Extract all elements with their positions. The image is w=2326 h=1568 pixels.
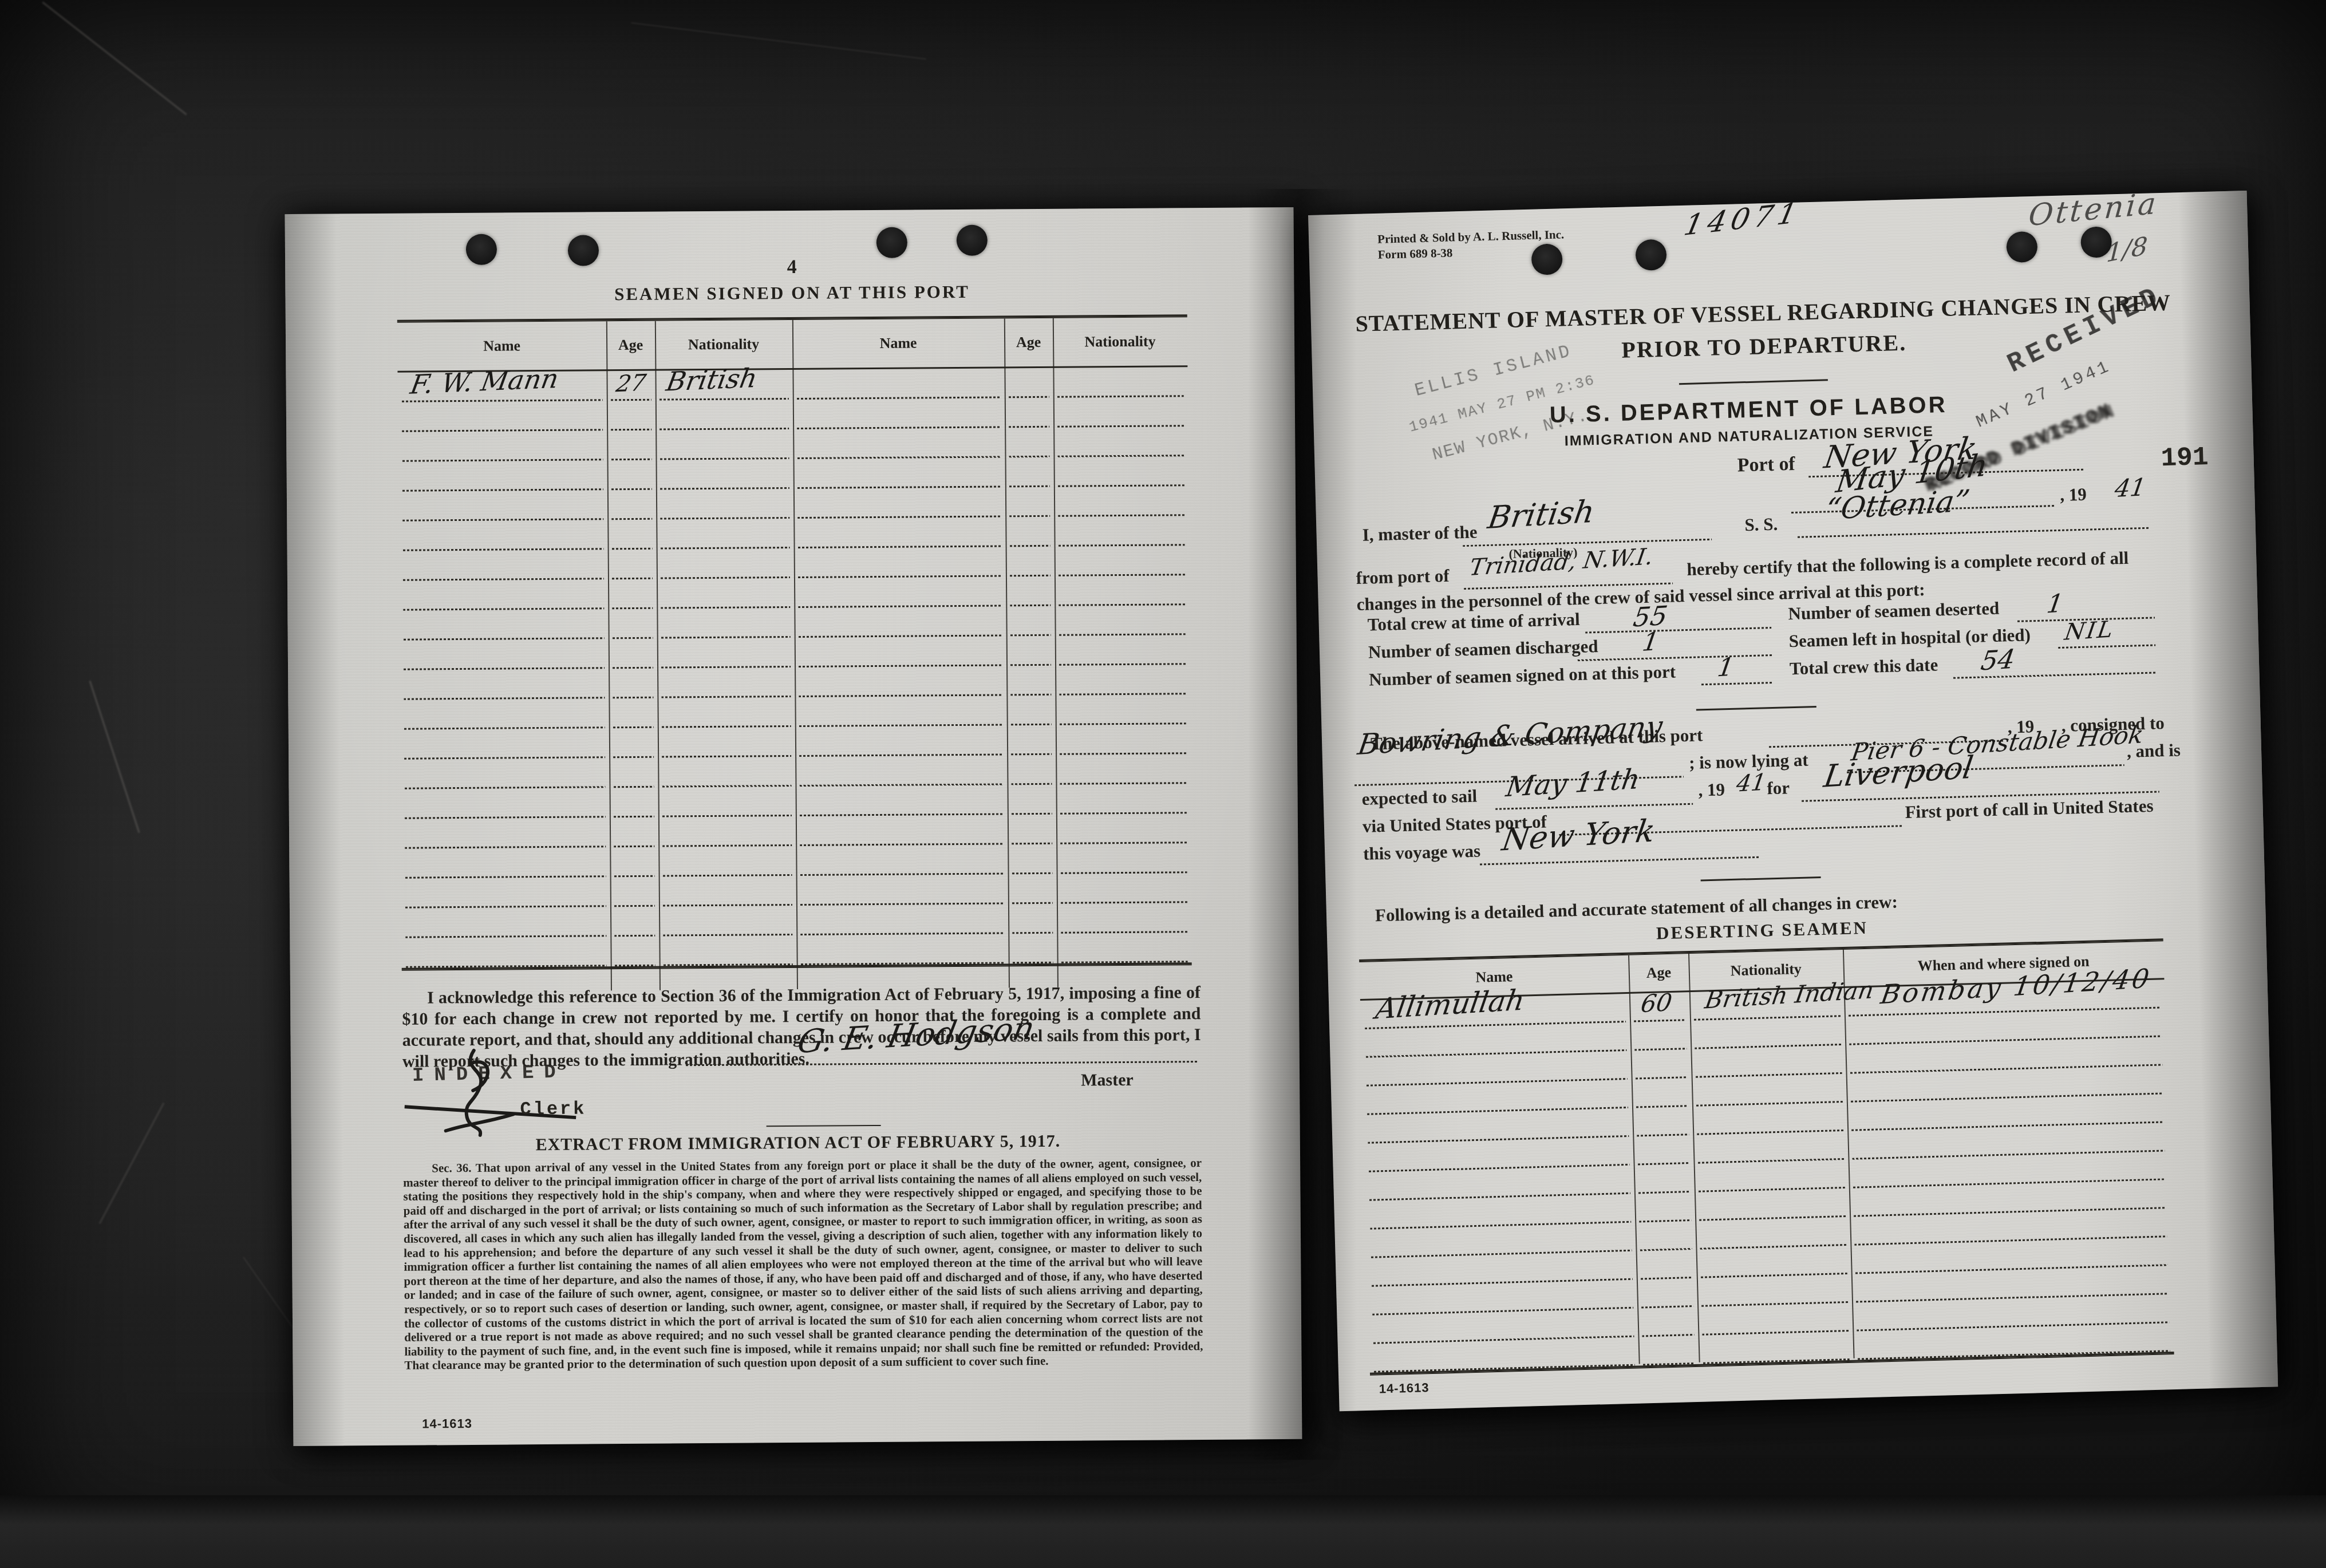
- table-cell: [1008, 904, 1057, 934]
- table-cell: [1005, 487, 1054, 518]
- table-cell: [793, 398, 1005, 429]
- column-header: Age: [1628, 954, 1689, 992]
- table-cell: [1057, 873, 1191, 904]
- form-number: 14-1613: [1379, 1380, 1429, 1396]
- handwritten-seaman-age: 27: [614, 370, 648, 397]
- table-cell: [400, 669, 609, 700]
- table-cell: [1056, 813, 1191, 844]
- handwritten-seaman-nationality: British: [664, 362, 760, 397]
- section-divider: [1701, 876, 1821, 881]
- table-cell: [401, 817, 610, 849]
- table-cell: [1055, 635, 1190, 666]
- table-cell: [1053, 397, 1188, 428]
- table-cell: [1056, 754, 1190, 785]
- column-header: Nationality: [655, 320, 793, 369]
- table-cell: [656, 519, 793, 550]
- right-page: Printed & Sold by A. L. Russell, Inc. Fo…: [1308, 191, 2278, 1411]
- blank-rows: [1361, 1008, 2174, 1373]
- table-cell: [1055, 605, 1189, 636]
- sail-date-blank: [1495, 803, 1693, 810]
- certify-text: hereby certify that the following is a c…: [1687, 548, 2129, 580]
- field-label: Number of seamen discharged: [1368, 636, 1598, 662]
- table-cell: [796, 815, 1008, 846]
- table-cell: [1055, 665, 1190, 696]
- table-cell: [1054, 456, 1188, 487]
- penciled-note: 1/8: [2106, 231, 2149, 268]
- table-cell: [1637, 1307, 1698, 1337]
- table-cell: [610, 877, 659, 907]
- field-blank: [1701, 682, 1773, 685]
- table-cell: [659, 906, 796, 937]
- table-cell: [1054, 516, 1188, 547]
- table-cell: [399, 609, 608, 641]
- table-cell: [658, 727, 795, 758]
- table-cell: [609, 728, 658, 759]
- table-cell: [658, 757, 795, 788]
- left-page-title: SEAMEN SIGNED ON AT THIS PORT: [397, 280, 1187, 306]
- table-cell: [1055, 546, 1189, 576]
- table-cell: [1005, 398, 1053, 428]
- handwritten-field-value: NIL: [2063, 616, 2116, 645]
- handwritten-year: 41: [2113, 473, 2148, 503]
- table-cell: [1697, 1303, 1853, 1336]
- table-cell: [656, 489, 793, 520]
- table-cell: [399, 579, 608, 611]
- field-blank: [1585, 627, 1771, 634]
- column-header: Age: [606, 321, 655, 370]
- punch-hole: [876, 227, 907, 258]
- handwritten-field-value: 1: [2045, 589, 2066, 619]
- table-cell: [1057, 903, 1191, 934]
- table-cell: [795, 755, 1007, 787]
- table-cell: [400, 698, 609, 730]
- table-cell: [610, 847, 658, 878]
- table-cell: [796, 785, 1008, 816]
- and-is-label: , and is: [2127, 740, 2181, 761]
- right-page-edge-shadow: [2178, 191, 2278, 1388]
- table-cell: [1006, 576, 1055, 607]
- vessel-blank-line: [1798, 527, 2150, 538]
- table-cell: [658, 846, 796, 877]
- page-number: 4: [397, 254, 1187, 281]
- table-cell: [607, 401, 655, 431]
- table-cell: [1057, 933, 1191, 963]
- table-cell: [1008, 844, 1056, 875]
- table-cell: [794, 576, 1006, 608]
- table-cell: [399, 550, 608, 581]
- table-cell: [796, 874, 1008, 906]
- table-cell: [607, 520, 656, 550]
- table-cell: [1007, 755, 1056, 785]
- date-printed-19: , 19: [2060, 484, 2087, 505]
- table-cell: [609, 698, 657, 729]
- table-cell: [607, 460, 656, 491]
- table-cell: [398, 460, 607, 492]
- scanned-document-photo: 4 SEAMEN SIGNED ON AT THIS PORT Name Age…: [0, 0, 2326, 1568]
- table-cell: [1005, 457, 1054, 488]
- table-cell: [656, 459, 793, 490]
- table-cell: [1632, 1078, 1692, 1108]
- table-cell: [1056, 843, 1191, 874]
- extract-title: EXTRACT FROM IMMIGRATION ACT OF FEBRUARY…: [403, 1131, 1193, 1156]
- column-header: Name: [397, 321, 607, 371]
- table-cell: [658, 787, 796, 817]
- background-bottom-band: [0, 1495, 2326, 1568]
- clerk-signature: [434, 1045, 520, 1140]
- title-divider: [1679, 379, 1828, 385]
- left-page-edge-shadow: [285, 214, 345, 1447]
- handwritten-field-value: 54: [1979, 643, 2017, 677]
- table-cell: [1055, 694, 1190, 725]
- table-cell: [792, 368, 1004, 400]
- table-cell: [608, 609, 657, 639]
- background-scratch: [89, 680, 140, 834]
- table-cell: [1630, 1049, 1691, 1080]
- table-cell: [1005, 517, 1054, 547]
- punch-hole: [1635, 239, 1666, 271]
- table-cell: [795, 696, 1006, 727]
- table-cell: [795, 666, 1006, 697]
- table-cell: [1055, 575, 1189, 606]
- handwritten-seaman-name: F. W. Mann: [408, 363, 561, 400]
- section-36-paragraph: Sec. 36. That upon arrival of any vessel…: [403, 1156, 1203, 1373]
- table-cell: [1056, 724, 1190, 755]
- nationality-blank-line: [1463, 539, 1712, 547]
- table-cell: [658, 816, 796, 847]
- ss-label: S. S.: [1744, 514, 1778, 535]
- table-cell: [400, 758, 609, 789]
- penciled-vessel-name: Ottenia: [2027, 187, 2159, 234]
- table-cell: [657, 548, 794, 579]
- table-cell: [1008, 874, 1057, 905]
- table-cell: [659, 935, 796, 966]
- handwritten-destination: Liverpool: [1822, 749, 1976, 795]
- punch-hole: [957, 225, 988, 256]
- table-cell: [1008, 934, 1057, 964]
- table-cell: [1008, 815, 1056, 845]
- handwritten-sail-date: May 11th: [1504, 763, 1642, 803]
- table-cell: [1007, 725, 1056, 756]
- table-cell: [1692, 1074, 1847, 1107]
- table-cell: [398, 520, 607, 551]
- field-blank: [1577, 654, 1772, 661]
- table-cell: [1693, 1131, 1848, 1164]
- table-cell: [1692, 1103, 1847, 1135]
- handwritten-deserter-age: 60: [1639, 988, 1674, 1018]
- table-cell: [659, 876, 796, 907]
- table-cell: [609, 669, 657, 699]
- form-number: 14-1613: [422, 1416, 472, 1432]
- for-label: for: [1767, 777, 1790, 799]
- table-cell: [398, 401, 607, 432]
- table-cell: [1636, 1250, 1697, 1280]
- table-cell: [609, 758, 658, 788]
- table-cell: [1634, 1192, 1695, 1223]
- port-label: Port of: [1737, 453, 1795, 477]
- table-cell: [1698, 1332, 1853, 1364]
- deserting-seamen-table: Name Age Nationality When and where sign…: [1359, 938, 2174, 1376]
- table-cell: [1006, 606, 1055, 637]
- table-cell: [608, 550, 657, 580]
- table-cell: [1634, 1164, 1695, 1194]
- table-cell: [793, 517, 1005, 548]
- table-cell: [609, 639, 657, 669]
- table-cell: [1633, 1135, 1693, 1166]
- seamen-signed-on-table: Name Age Nationality Name Age Nationalit…: [397, 314, 1192, 971]
- table-cell: [1056, 784, 1191, 815]
- table-cell: [657, 668, 795, 698]
- table-cell: [610, 937, 659, 967]
- clerk-label: Clerk: [520, 1099, 586, 1120]
- table-cell: [1635, 1221, 1696, 1251]
- table-cell: [1690, 1017, 1845, 1049]
- table-cell: [401, 907, 610, 938]
- field-label: Total crew this date: [1790, 654, 1938, 679]
- table-cell: [398, 490, 607, 522]
- background-scratch: [631, 22, 926, 60]
- table-cell: [1696, 1246, 1851, 1278]
- table-cell: [1006, 636, 1055, 666]
- first-port-label: First port of call in United States: [1905, 796, 2154, 823]
- handwritten-sail-year: 41: [1735, 769, 1768, 797]
- column-header: Age: [1004, 318, 1053, 367]
- table-cell: [657, 578, 794, 609]
- punch-hole: [2006, 231, 2037, 263]
- from-port-label: from port of: [1356, 566, 1450, 589]
- left-page: 4 SEAMEN SIGNED ON AT THIS PORT Name Age…: [285, 207, 1302, 1446]
- table-cell: [1006, 696, 1055, 726]
- table-cell: [1005, 428, 1053, 458]
- master-line-prefix: I, master of the: [1362, 522, 1478, 545]
- table-cell: [1632, 1107, 1693, 1137]
- table-cell: [400, 639, 609, 670]
- handwritten-from-port: Trinidad, N.W.I.: [1468, 543, 1655, 581]
- table-cell: [401, 937, 610, 968]
- printer-credit-line1: Printed & Sold by A. L. Russell, Inc.: [1377, 227, 1565, 247]
- table-cell: [796, 904, 1008, 935]
- table-cell: [1630, 1021, 1691, 1051]
- table-cell: [1638, 1336, 1699, 1366]
- table-cell: [657, 697, 795, 728]
- table-cell: [401, 788, 610, 819]
- section-divider: [1696, 706, 1816, 710]
- table-cell: [793, 487, 1005, 519]
- table-cell: [401, 847, 610, 879]
- handwritten-consignee: Bowring & Company: [1356, 710, 1665, 762]
- table-cell: [1053, 367, 1187, 398]
- table-cell: [1008, 785, 1056, 815]
- master-label: Master: [1081, 1071, 1134, 1091]
- table-cell: [655, 400, 793, 430]
- table-cell: [608, 579, 657, 610]
- penciled-file-number: 14071: [1681, 196, 1804, 242]
- table-cell: [1691, 1045, 1846, 1078]
- table-cell: [795, 725, 1007, 757]
- typed-file-number: 191: [2161, 443, 2209, 473]
- table-cell: [1697, 1274, 1852, 1307]
- table-cell: [793, 457, 1005, 489]
- table-cell: [610, 817, 658, 848]
- table-cell: [401, 877, 610, 909]
- table-cell: [607, 490, 656, 520]
- table-cell: [1637, 1278, 1697, 1309]
- table-cell: [793, 428, 1005, 459]
- extract-divider: [767, 1125, 881, 1127]
- table-cell: [1054, 486, 1188, 517]
- table-cell: [400, 728, 609, 760]
- table-cell: [1004, 368, 1053, 398]
- table-cell: [794, 606, 1006, 638]
- table-cell: [795, 636, 1006, 668]
- table-cell: [657, 638, 795, 669]
- table-cell: [1695, 1188, 1850, 1221]
- column-header: Nationality: [1053, 317, 1188, 366]
- table-cell: [398, 430, 607, 462]
- printer-credit-line2: Form 689 8-38: [1378, 246, 1453, 262]
- table-cell: [610, 907, 659, 937]
- table-cell: [1006, 666, 1055, 696]
- column-header: Name: [792, 318, 1005, 368]
- field-label: Number of seamen signed on at this port: [1369, 661, 1676, 690]
- table-cell: [1006, 547, 1055, 577]
- table-cell: [655, 429, 793, 460]
- background-scratch: [98, 1102, 165, 1225]
- punch-hole: [1531, 243, 1562, 275]
- expected-sail-label: expected to sail: [1361, 786, 1477, 809]
- table-cell: [1695, 1217, 1850, 1250]
- table-cell: [1694, 1160, 1849, 1192]
- handwritten-nationality: British: [1486, 493, 1597, 536]
- sail-printed-19: , 19: [1698, 779, 1725, 800]
- background-scratch: [42, 1, 188, 116]
- table-cell: [610, 788, 658, 818]
- voyage-label: this voyage was: [1363, 841, 1481, 864]
- table-cell: [796, 934, 1008, 965]
- table-cell: [607, 430, 655, 461]
- voyage-blank: [1480, 856, 1760, 866]
- table-cell: [796, 844, 1008, 876]
- table-cell: [794, 547, 1006, 578]
- table-cell: [657, 608, 794, 639]
- table-cell: [1053, 426, 1188, 457]
